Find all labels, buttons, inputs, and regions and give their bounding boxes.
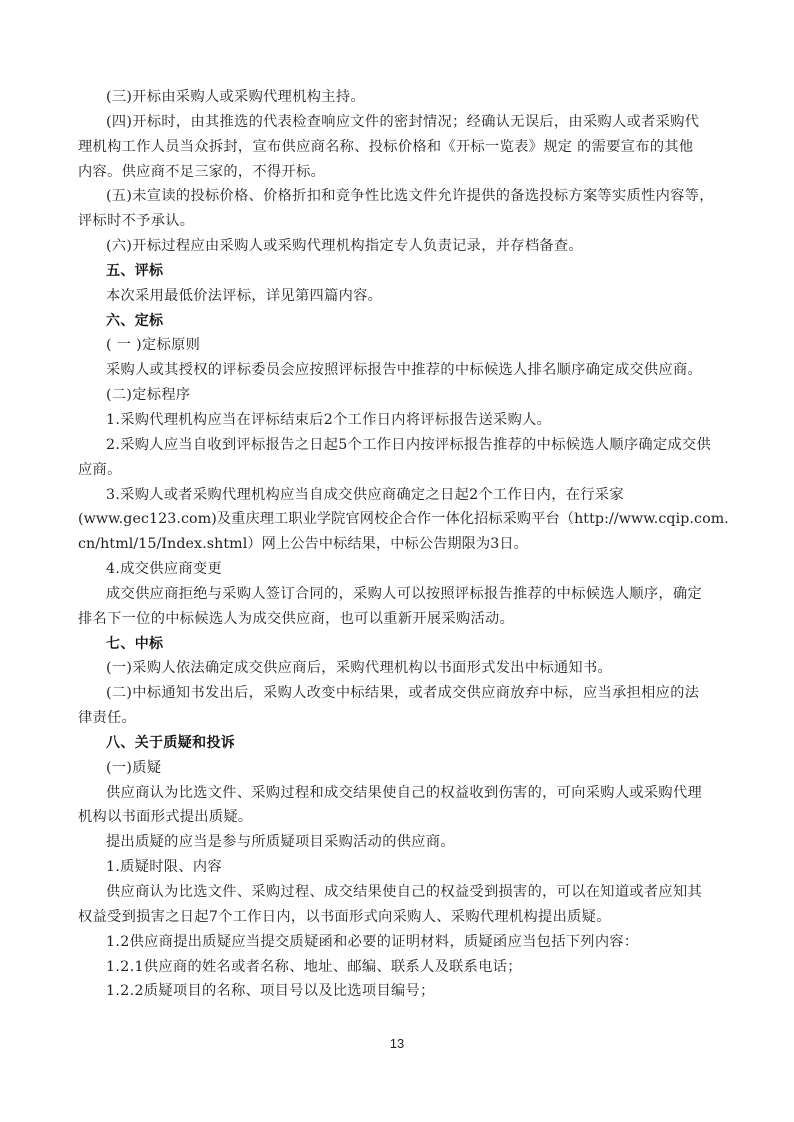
paragraph-line: 评标时不予承认。 xyxy=(78,209,718,234)
subheading-line: (一)质疑 xyxy=(78,756,718,781)
paragraph-line: 成交供应商拒绝与采购人签订合同的，采购人可以按照评标报告推荐的中标候选人顺序，确… xyxy=(78,582,718,607)
section-heading-evaluation: 五、评标 xyxy=(78,259,718,284)
paragraph-line: 权益受到损害之日起7个工作日内，以书面形式向采购人、采购代理机构提出质疑。 xyxy=(78,905,718,930)
paragraph-line: (三)开标由采购人或采购代理机构主持。 xyxy=(78,85,718,110)
paragraph-line: (www.gec123.com)及重庆理工职业学院官网校企合作一体化招标采购平台… xyxy=(78,507,718,532)
document-body: (三)开标由采购人或采购代理机构主持。 (四)开标时，由其推选的代表检查响应文件… xyxy=(78,85,718,1004)
subheading-line: ( 一 )定标原则 xyxy=(78,333,718,358)
paragraph-line: 2.采购人应当自收到评标报告之日起5个工作日内按评标报告推荐的中标候选人顺序确定… xyxy=(78,433,718,458)
paragraph-line: 内容。供应商不足三家的，不得开标。 xyxy=(78,160,718,185)
section-heading-award-decision: 六、定标 xyxy=(78,309,718,334)
section-heading-challenges-complaints: 八、关于质疑和投诉 xyxy=(78,731,718,756)
subheading-line: 4.成交供应商变更 xyxy=(78,557,718,582)
subheading-line: (二)定标程序 xyxy=(78,383,718,408)
paragraph-line: 应商。 xyxy=(78,458,718,483)
subheading-line: 1.质疑时限、内容 xyxy=(78,855,718,880)
paragraph-line: 律责任。 xyxy=(78,706,718,731)
paragraph-line: (一)采购人依法确定成交供应商后，采购代理机构以书面形式发出中标通知书。 xyxy=(78,656,718,681)
paragraph-line: 供应商认为比选文件、采购过程、成交结果使自己的权益受到损害的，可以在知道或者应知… xyxy=(78,880,718,905)
paragraph-line: 供应商认为比选文件、采购过程和成交结果使自己的权益收到伤害的，可向采购人或采购代… xyxy=(78,781,718,806)
paragraph-line: 采购人或其授权的评标委员会应按照评标报告中推荐的中标候选人排名顺序确定成交供应商… xyxy=(78,358,718,383)
paragraph-line: 机构以书面形式提出质疑。 xyxy=(78,805,718,830)
section-heading-winning-bid: 七、中标 xyxy=(78,632,718,657)
paragraph-line: 1.2.2质疑项目的名称、项目号以及比选项目编号； xyxy=(78,979,718,1004)
paragraph-line: 1.2供应商提出质疑应当提交质疑函和必要的证明材料，质疑函应当包括下列内容： xyxy=(78,930,718,955)
paragraph-line: 排名下一位的中标候选人为成交供应商，也可以重新开展采购活动。 xyxy=(78,607,718,632)
paragraph-line: (五)未宣读的投标价格、价格折扣和竞争性比选文件允许提供的备选投标方案等实质性内… xyxy=(78,184,718,209)
paragraph-line: 本次采用最低价法评标，详见第四篇内容。 xyxy=(78,284,718,309)
paragraph-line: (四)开标时，由其推选的代表检查响应文件的密封情况；经确认无误后，由采购人或者采… xyxy=(78,110,718,135)
paragraph-line: 1.2.1供应商的姓名或者名称、地址、邮编、联系人及联系电话； xyxy=(78,955,718,980)
paragraph-line: 1.采购代理机构应当在评标结束后2个工作日内将评标报告送采购人。 xyxy=(78,408,718,433)
paragraph-line: 提出质疑的应当是参与所质疑项目采购活动的供应商。 xyxy=(78,830,718,855)
page-number: 13 xyxy=(0,1036,794,1051)
paragraph-line: 理机构工作人员当众拆封，宣布供应商名称、投标价格和《开标一览表》规定 的需要宣布… xyxy=(78,135,718,160)
paragraph-line: (六)开标过程应由采购人或采购代理机构指定专人负责记录，并存档备查。 xyxy=(78,234,718,259)
paragraph-line: (二)中标通知书发出后，采购人改变中标结果，或者成交供应商放弃中标，应当承担相应… xyxy=(78,681,718,706)
paragraph-line: cn/html/15/Index.shtml）网上公告中标结果，中标公告期限为3… xyxy=(78,532,718,557)
paragraph-line: 3.采购人或者采购代理机构应当自成交供应商确定之日起2个工作日内，在行采家 xyxy=(78,483,718,508)
